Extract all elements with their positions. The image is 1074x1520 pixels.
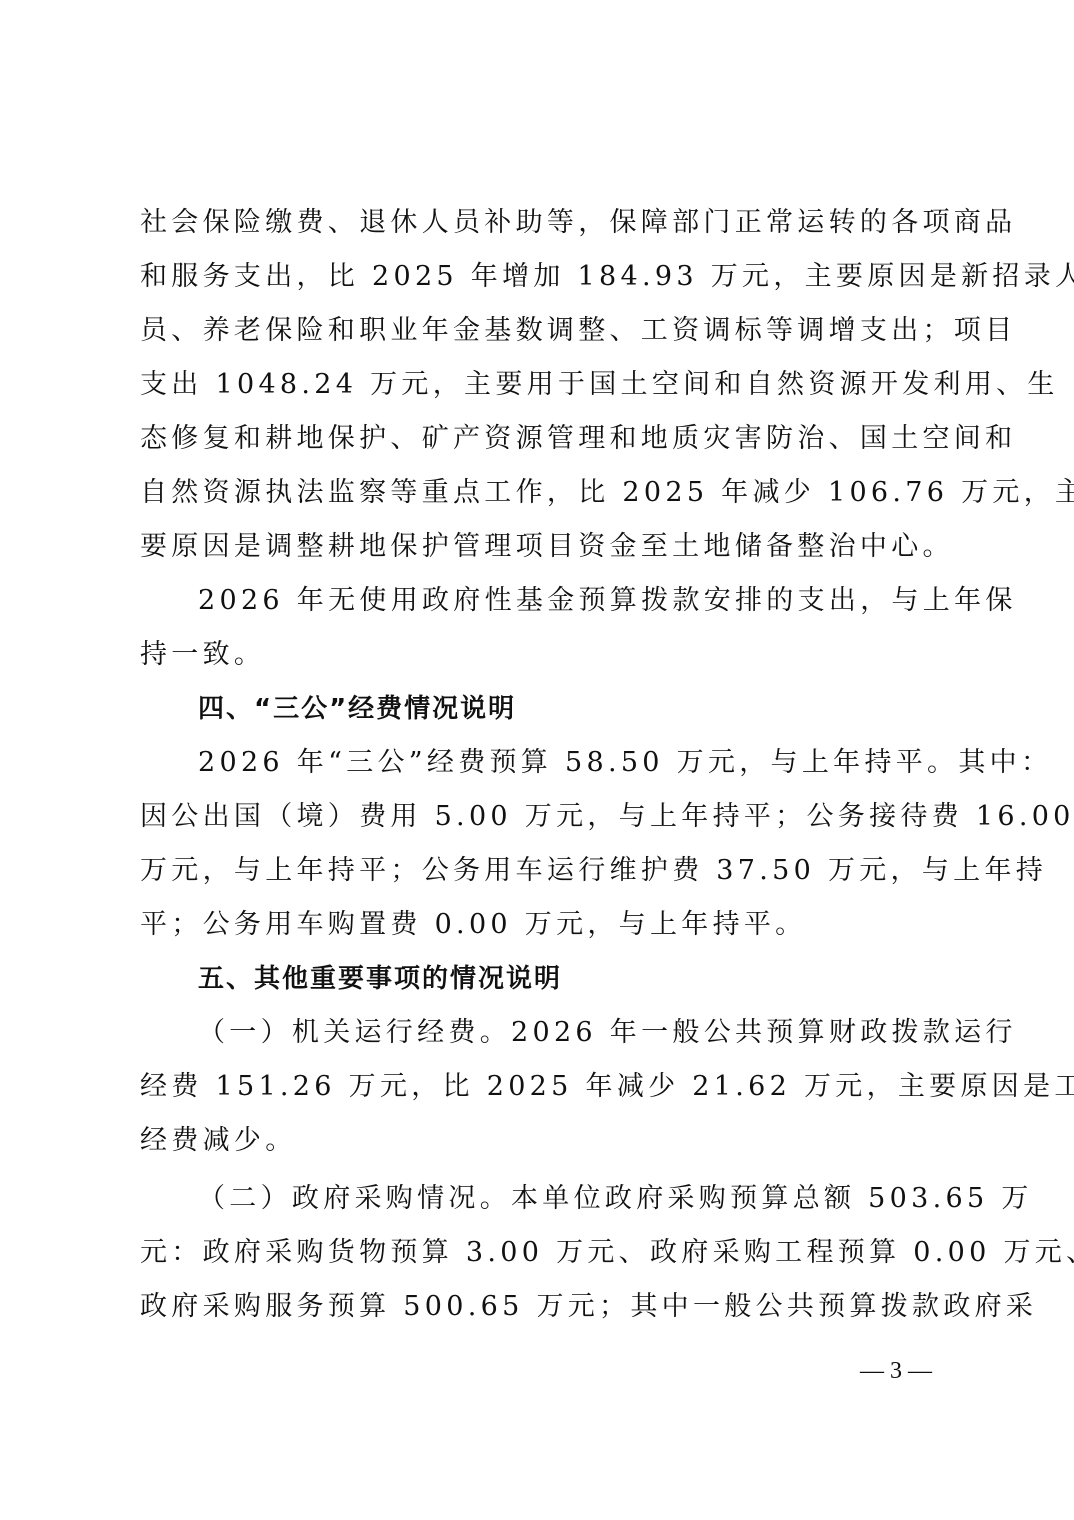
document-page: 社会保险缴费、退休人员补助等，保障部门正常运转的各项商品 和服务支出，比 202…: [140, 196, 936, 1334]
text-line: 持一致。: [140, 628, 936, 682]
text-line: 员、养老保险和职业年金基数调整、工资调标等调增支出；项目: [140, 304, 936, 358]
text-line: 2026 年无使用政府性基金预算拨款安排的支出，与上年保: [140, 574, 936, 628]
text-line: 支出 1048.24 万元，主要用于国土空间和自然资源开发利用、生: [140, 358, 936, 412]
text-line: 2026 年“三公”经费预算 58.50 万元，与上年持平。其中：: [140, 736, 936, 790]
paragraph-government-procurement: （二）政府采购情况。本单位政府采购预算总额 503.65 万 元：政府采购货物预…: [140, 1172, 936, 1334]
paragraph-operating-expenses: （一）机关运行经费。2026 年一般公共预算财政拨款运行 经费 151.26 万…: [140, 1006, 936, 1168]
paragraph-personnel-and-project-spending: 社会保险缴费、退休人员补助等，保障部门正常运转的各项商品 和服务支出，比 202…: [140, 196, 936, 574]
text-line: 经费 151.26 万元，比 2025 年减少 21.62 万元，主要原因是工会: [140, 1060, 936, 1114]
section-heading-three-public-expenses: 四、“三公”经费情况说明: [140, 682, 936, 736]
text-line: 因公出国（境）费用 5.00 万元，与上年持平；公务接待费 16.00: [140, 790, 936, 844]
text-line: 政府采购服务预算 500.65 万元；其中一般公共预算拨款政府采: [140, 1280, 936, 1334]
text-line: 社会保险缴费、退休人员补助等，保障部门正常运转的各项商品: [140, 196, 936, 250]
text-line: 和服务支出，比 2025 年增加 184.93 万元，主要原因是新招录人: [140, 250, 936, 304]
text-line: 元：政府采购货物预算 3.00 万元、政府采购工程预算 0.00 万元、: [140, 1226, 936, 1280]
text-line: 态修复和耕地保护、矿产资源管理和地质灾害防治、国土空间和: [140, 412, 936, 466]
text-line: （二）政府采购情况。本单位政府采购预算总额 503.65 万: [140, 1172, 936, 1226]
paragraph-government-fund: 2026 年无使用政府性基金预算拨款安排的支出，与上年保 持一致。: [140, 574, 936, 682]
text-line: 平；公务用车购置费 0.00 万元，与上年持平。: [140, 898, 936, 952]
text-line: 要原因是调整耕地保护管理项目资金至土地储备整治中心。: [140, 520, 936, 574]
text-line: 经费减少。: [140, 1114, 936, 1168]
paragraph-three-public-expenses: 2026 年“三公”经费预算 58.50 万元，与上年持平。其中： 因公出国（境…: [140, 736, 936, 952]
text-line: 万元，与上年持平；公务用车运行维护费 37.50 万元，与上年持: [140, 844, 936, 898]
section-heading-other-matters: 五、其他重要事项的情况说明: [140, 952, 936, 1006]
page-number: — 3 —: [860, 1358, 932, 1385]
text-line: 自然资源执法监察等重点工作，比 2025 年减少 106.76 万元，主: [140, 466, 936, 520]
text-line: （一）机关运行经费。2026 年一般公共预算财政拨款运行: [140, 1006, 936, 1060]
